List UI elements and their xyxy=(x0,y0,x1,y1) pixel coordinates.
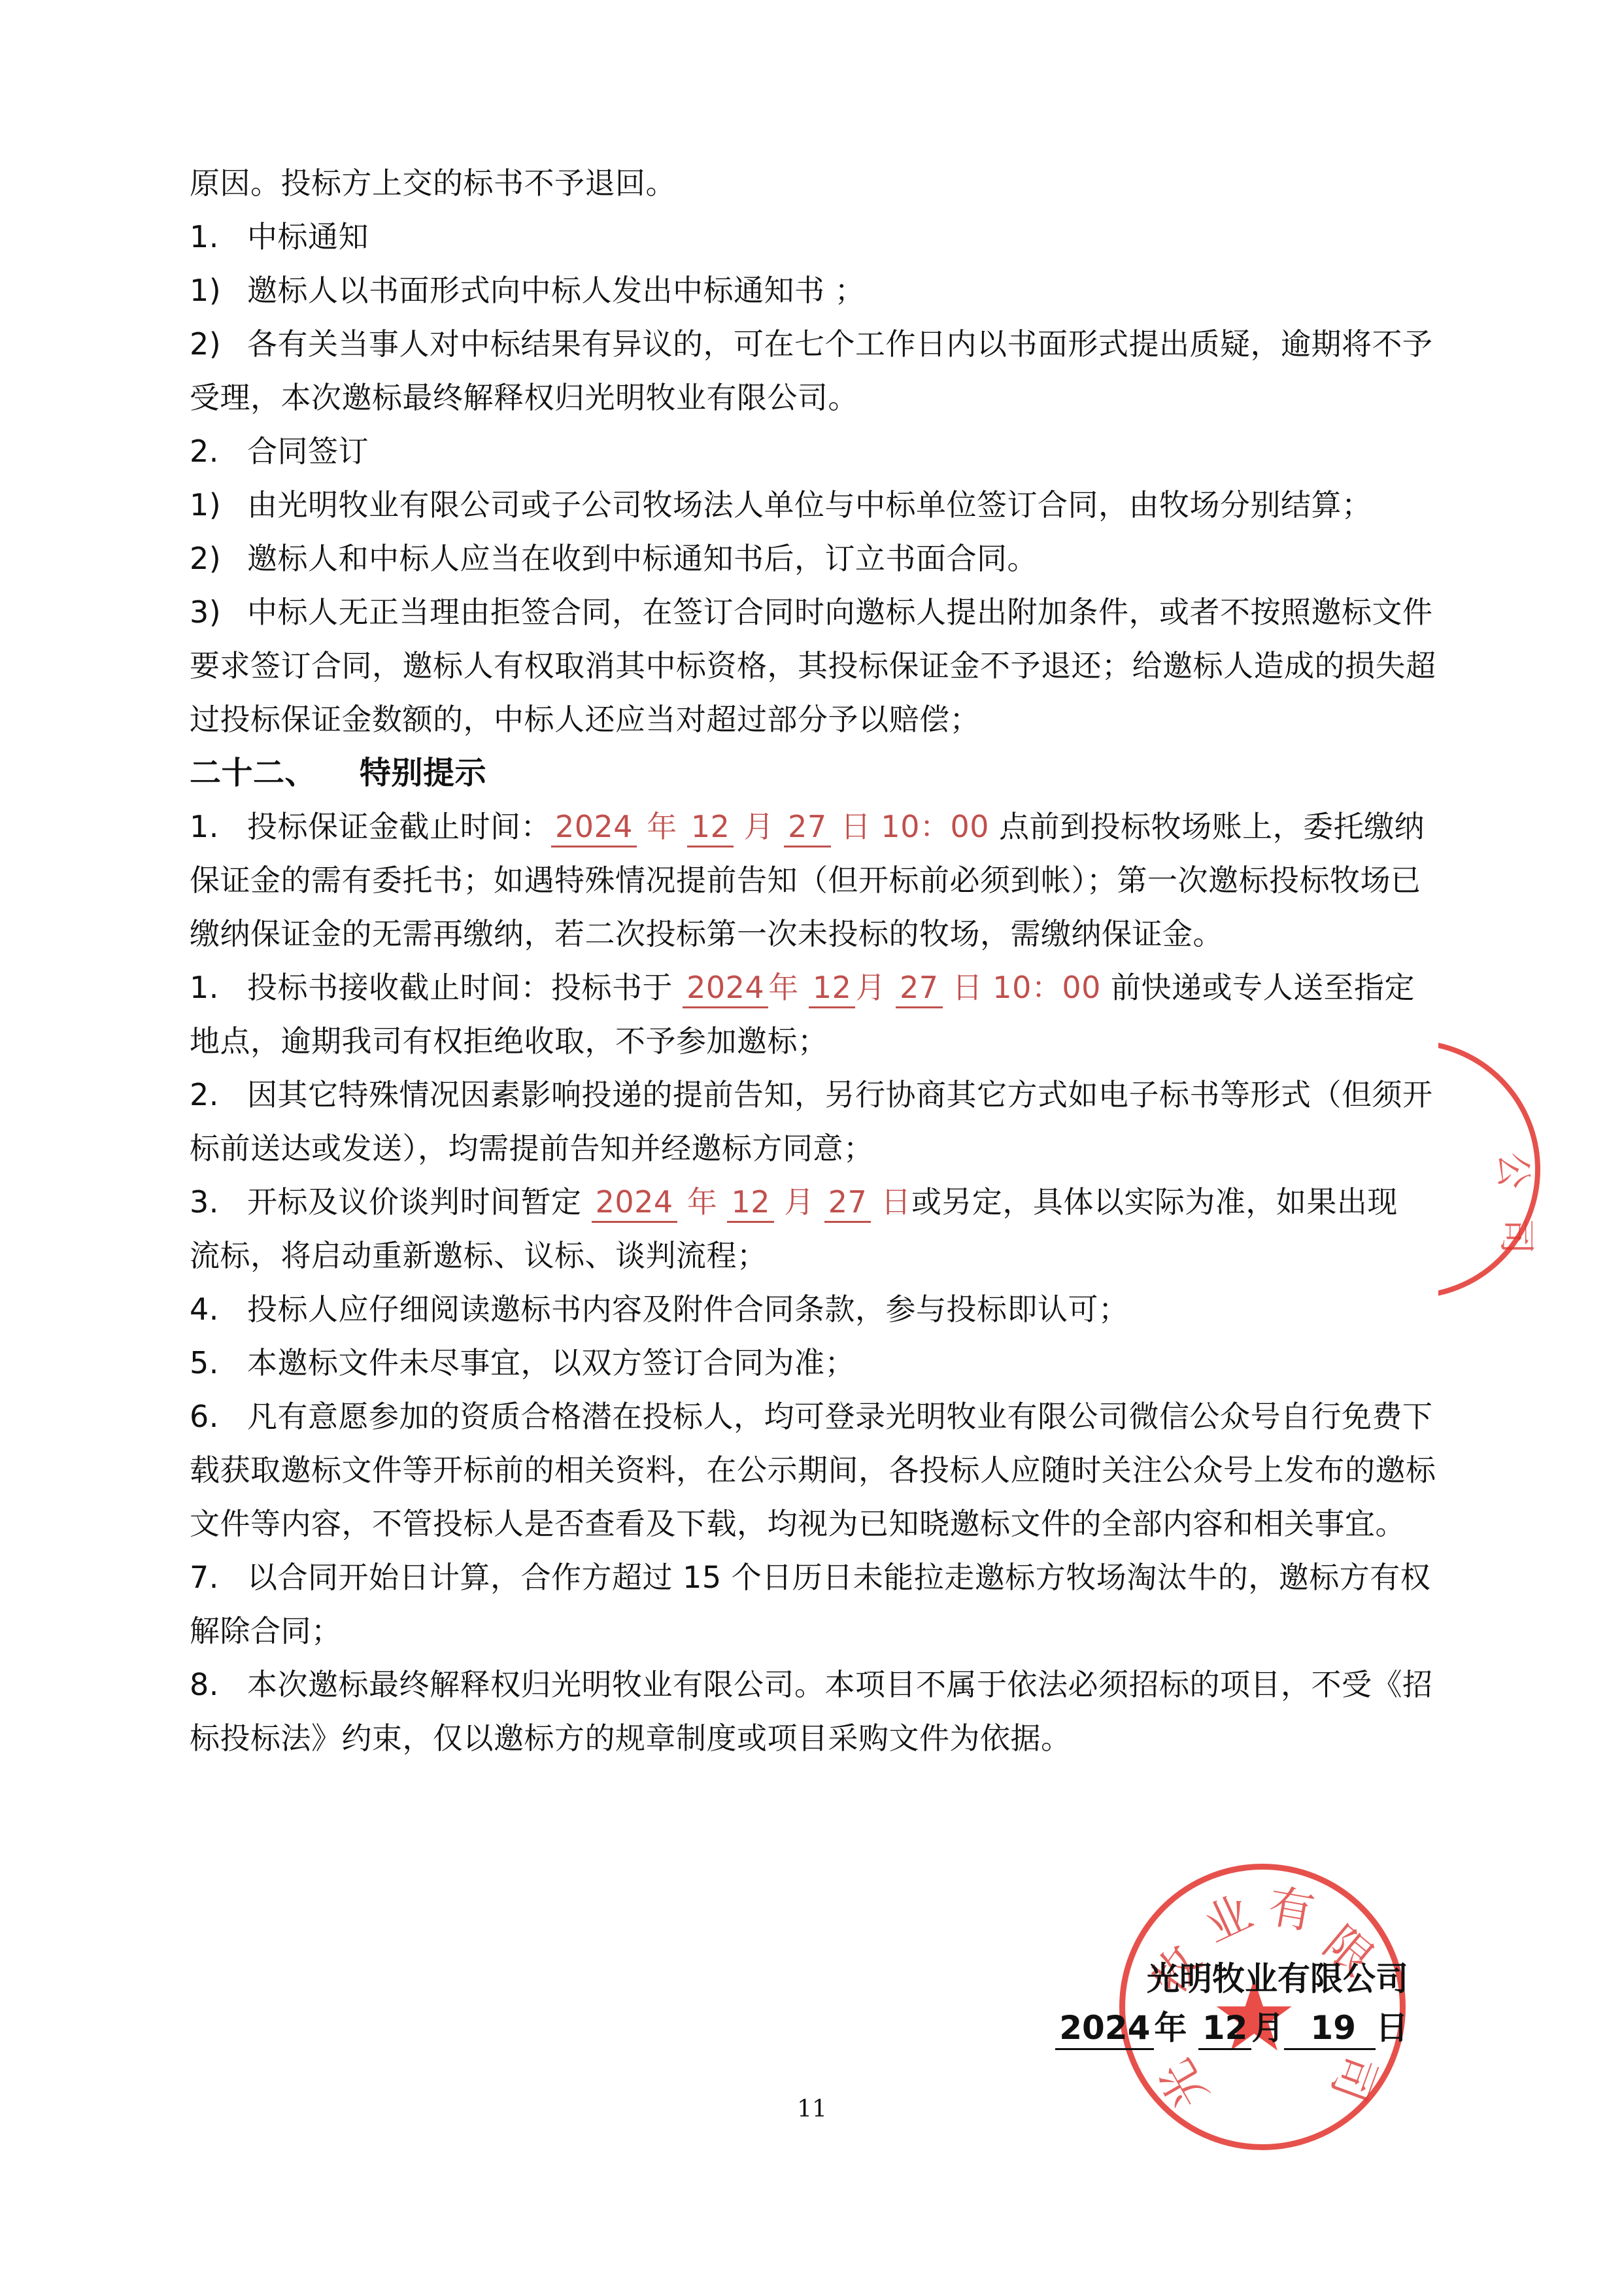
deposit-deadline: 1.投标保证金截止时间：2024 年 12 月 27 日 10：00 点前到投标… xyxy=(190,807,1406,846)
month-unit: 月 xyxy=(1251,2009,1284,2047)
special-item-3-cont1: 流标，将启动重新邀标、议标、谈判流程； xyxy=(190,1236,1406,1275)
deposit-month: 12 xyxy=(687,809,734,847)
item-number: 3) xyxy=(190,592,247,632)
item-title: 合同签订 xyxy=(247,434,369,469)
item-text: 或另定，具体以实际为准，如果出现 xyxy=(911,1184,1398,1220)
seal-char: 业 xyxy=(1192,1876,1261,1955)
special-item-2: 2.因其它特殊情况因素影响投递的提前告知，另行协商其它方式如电子标书等形式（但须… xyxy=(190,1075,1406,1114)
special-notes-heading: 二十二、特别提示 xyxy=(190,753,1406,793)
opening-day: 27 xyxy=(824,1184,871,1223)
item-number: 4. xyxy=(190,1290,247,1329)
item-text: 各有关当事人对中标结果有异议的，可在七个工作日内以书面形式提出质疑，逾期将不予 xyxy=(247,326,1433,362)
section-number: 二十二、 xyxy=(190,753,360,793)
contract-item-2: 2)邀标人和中标人应当在收到中标通知书后，订立书面合同。 xyxy=(190,539,1406,578)
submission-deadline: 1.投标书接收截止时间：投标书于 2024年 12月 27 日 10：00 前快… xyxy=(190,968,1406,1007)
opening-year: 2024 xyxy=(592,1184,677,1223)
item-text: 因其它特殊情况因素影响投递的提前告知，另行协商其它方式如电子标书等形式（但须开 xyxy=(247,1077,1433,1112)
contract-item-3-cont1: 要求签订合同，邀标人有权取消其中标资格，其投标保证金不予退还；给邀标人造成的损失… xyxy=(190,646,1406,685)
deposit-time: 10：00 xyxy=(881,809,989,844)
item-text: 本邀标文件未尽事宜，以双方签订合同为准； xyxy=(247,1345,855,1380)
intro-line: 原因。投标方上交的标书不予退回。 xyxy=(190,163,1406,203)
seal-char: 有 xyxy=(1264,1870,1320,1943)
item-text: 本次邀标最终解释权归光明牧业有限公司。本项目不属于依法必须招标的项目，不受《招 xyxy=(247,1667,1433,1702)
month-unit: 月 xyxy=(784,1184,815,1220)
item-number: 7. xyxy=(190,1558,247,1597)
item-number: 1) xyxy=(190,485,247,524)
section-title: 特别提示 xyxy=(360,755,486,791)
special-item-7-cont1: 解除合同； xyxy=(190,1611,1406,1651)
item-text: 由光明牧业有限公司或子公司牧场法人单位与中标单位签订合同，由牧场分别结算； xyxy=(247,487,1372,522)
year-unit: 年 xyxy=(647,809,677,844)
item-text: 投标保证金截止时间： xyxy=(247,809,551,844)
sign-day: 19 xyxy=(1284,2009,1376,2050)
award-item-1: 1)邀标人以书面形式向中标人发出中标通知书 ； xyxy=(190,271,1406,310)
item-text: 邀标人和中标人应当在收到中标通知书后，订立书面合同。 xyxy=(247,541,1038,576)
item-text: 投标人应仔细阅读邀标书内容及附件合同条款，参与投标即认可； xyxy=(247,1292,1129,1327)
item-text: 邀标人以书面形式向中标人发出中标通知书 ； xyxy=(247,273,865,308)
sign-month: 12 xyxy=(1198,2009,1252,2050)
month-unit: 月 xyxy=(744,809,775,844)
item-number: 1. xyxy=(190,968,247,1007)
year-unit: 年 xyxy=(768,970,799,1005)
special-item-6: 6.凡有意愿参加的资质合格潜在投标人，均可登录光明牧业有限公司微信公众号自行免费… xyxy=(190,1397,1406,1436)
special-item-4: 4.投标人应仔细阅读邀标书内容及附件合同条款，参与投标即认可； xyxy=(190,1290,1406,1329)
item-text: 点前到投标牧场账上，委托缴纳 xyxy=(999,809,1425,844)
signature-company: 光明牧业有限公司 xyxy=(1147,1959,1408,1999)
day-unit: 日 xyxy=(1376,2009,1408,2047)
item-text: 前快递或专人送至指定 xyxy=(1111,970,1415,1005)
submission-year: 2024 xyxy=(683,970,768,1008)
day-unit: 日 xyxy=(881,1184,911,1220)
item-number: 3. xyxy=(190,1182,247,1222)
special-item-8: 8.本次邀标最终解释权归光明牧业有限公司。本项目不属于依法必须招标的项目，不受《… xyxy=(190,1665,1406,1704)
edge-seal: 公 司 xyxy=(1438,1040,1624,1301)
item-text: 凡有意愿参加的资质合格潜在投标人，均可登录光明牧业有限公司微信公众号自行免费下 xyxy=(247,1399,1433,1434)
document-page: 原因。投标方上交的标书不予退回。 1.中标通知 1)邀标人以书面形式向中标人发出… xyxy=(0,0,1624,2294)
month-unit: 月 xyxy=(855,970,886,1005)
award-item-2: 2)各有关当事人对中标结果有异议的，可在七个工作日内以书面形式提出质疑，逾期将不… xyxy=(190,324,1406,364)
item-text: 投标书接收截止时间：投标书于 xyxy=(247,970,673,1005)
sign-day-value: 19 xyxy=(1310,2009,1356,2047)
item-number: 2. xyxy=(190,432,247,471)
item-number: 8. xyxy=(190,1665,247,1704)
item-number: 1) xyxy=(190,271,247,310)
contract-item-1: 1)由光明牧业有限公司或子公司牧场法人单位与中标单位签订合同，由牧场分别结算； xyxy=(190,485,1406,524)
company-seal: 业 有 限 牧 司 光 ★ xyxy=(1119,1864,1406,2150)
opening-month: 12 xyxy=(727,1184,774,1223)
deposit-day: 27 xyxy=(784,809,831,847)
special-item-7: 7.以合同开始日计算，合作方超过 15 个日历日未能拉走邀标方牧场淘汰牛的，邀标… xyxy=(190,1558,1406,1597)
contract-heading: 2.合同签订 xyxy=(190,432,1406,471)
contract-item-3: 3)中标人无正当理由拒签合同，在签订合同时向邀标人提出附加条件，或者不按照邀标文… xyxy=(190,592,1406,632)
item-text: 以合同开始日计算，合作方超过 15 个日历日未能拉走邀标方牧场淘汰牛的，邀标方有… xyxy=(247,1560,1430,1595)
signature-date: 2024年 12月19日 xyxy=(1055,2008,1408,2048)
item-text: 中标人无正当理由拒签合同，在签订合同时向邀标人提出附加条件，或者不按照邀标文件 xyxy=(247,594,1433,630)
special-item-6-cont2: 文件等内容，不管投标人是否查看及下载，均视为已知晓邀标文件的全部内容和相关事宜。 xyxy=(190,1504,1406,1543)
day-unit: 日 xyxy=(841,809,871,844)
contract-item-3-cont2: 过投标保证金数额的，中标人还应当对超过部分予以赔偿； xyxy=(190,700,1406,739)
year-unit: 年 xyxy=(687,1184,718,1220)
item-number: 2) xyxy=(190,324,247,364)
item-number: 2) xyxy=(190,539,247,578)
item-number: 5. xyxy=(190,1343,247,1382)
special-item-6-cont1: 载获取邀标文件等开标前的相关资料，在公示期间，各投标人应随时关注公众号上发布的邀… xyxy=(190,1450,1406,1490)
award-item-2-cont: 受理，本次邀标最终解释权归光明牧业有限公司。 xyxy=(190,378,1406,417)
item-number: 1. xyxy=(190,217,247,256)
item-text: 开标及议价谈判时间暂定 xyxy=(247,1184,582,1220)
special-item-5: 5.本邀标文件未尽事宜，以双方签订合同为准； xyxy=(190,1343,1406,1382)
day-unit: 日 xyxy=(953,970,983,1005)
submission-month: 12 xyxy=(809,970,856,1008)
item-title: 中标通知 xyxy=(247,219,369,254)
sign-year: 2024 xyxy=(1055,2009,1154,2050)
special-item-8-cont1: 标投标法》约束，仅以邀标方的规章制度或项目采购文件为依据。 xyxy=(190,1719,1406,1758)
year-unit: 年 xyxy=(1154,2009,1187,2047)
submission-cont1: 地点，逾期我司有权拒绝收取，不予参加邀标； xyxy=(190,1021,1406,1061)
deposit-year: 2024 xyxy=(551,809,637,847)
item-number: 2. xyxy=(190,1075,247,1114)
item-number: 1. xyxy=(190,807,247,846)
item-number: 6. xyxy=(190,1397,247,1436)
deposit-cont2: 缴纳保证金的无需再缴纳，若二次投标第一次未投标的牧场，需缴纳保证金。 xyxy=(190,914,1406,953)
deposit-cont1: 保证金的需有委托书；如遇特殊情况提前告知（但开标前必须到帐）；第一次邀标投标牧场… xyxy=(190,861,1406,900)
special-item-3: 3.开标及议价谈判时间暂定 2024 年 12 月 27 日或另定，具体以实际为… xyxy=(190,1182,1406,1222)
submission-day: 27 xyxy=(896,970,943,1008)
submission-time: 10：00 xyxy=(992,970,1101,1005)
award-notice-heading: 1.中标通知 xyxy=(190,217,1406,256)
special-item-2-cont1: 标前送达或发送），均需提前告知并经邀标方同意； xyxy=(190,1129,1406,1168)
